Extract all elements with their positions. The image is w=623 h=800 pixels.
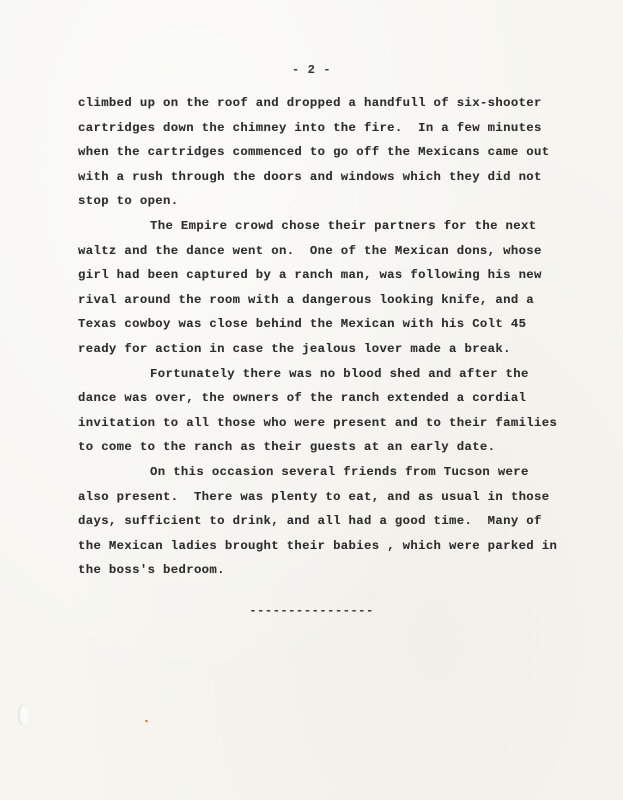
text-line: The Empire crowd chose their partners fo… — [78, 214, 578, 239]
page-number: - 2 - — [0, 63, 623, 77]
punch-hole-mark — [18, 704, 29, 726]
text-line: Texas cowboy was close behind the Mexica… — [78, 312, 578, 337]
paper-speck — [145, 719, 149, 722]
typewritten-page: - 2 - climbed up on the roof and dropped… — [0, 0, 623, 800]
text-line: to come to the ranch as their guests at … — [78, 435, 578, 460]
text-line: On this occasion several friends from Tu… — [78, 460, 578, 485]
text-line: the Mexican ladies brought their babies … — [78, 534, 578, 559]
paragraph: climbed up on the roof and dropped a han… — [78, 91, 578, 214]
text-line: when the cartridges commenced to go off … — [78, 140, 578, 165]
paragraph: On this occasion several friends from Tu… — [78, 460, 578, 583]
text-line: girl had been captured by a ranch man, w… — [78, 263, 578, 288]
text-line: stop to open. — [78, 189, 578, 214]
text-line: with a rush through the doors and window… — [78, 165, 578, 190]
end-divider: ---------------- — [0, 604, 623, 618]
text-line: Fortunately there was no blood shed and … — [78, 362, 578, 387]
text-line: ready for action in case the jealous lov… — [78, 337, 578, 362]
text-line: rival around the room with a dangerous l… — [78, 288, 578, 313]
text-line: days, sufficient to drink, and all had a… — [78, 509, 578, 534]
text-line: the boss's bedroom. — [78, 558, 578, 583]
text-line: invitation to all those who were present… — [78, 411, 578, 436]
body-text: climbed up on the roof and dropped a han… — [78, 91, 578, 583]
text-line: waltz and the dance went on. One of the … — [78, 239, 578, 264]
paragraph: The Empire crowd chose their partners fo… — [78, 214, 578, 362]
text-line: cartridges down the chimney into the fir… — [78, 116, 578, 141]
paragraph: Fortunately there was no blood shed and … — [78, 362, 578, 460]
text-line: climbed up on the roof and dropped a han… — [78, 91, 578, 116]
text-line: also present. There was plenty to eat, a… — [78, 485, 578, 510]
text-line: dance was over, the owners of the ranch … — [78, 386, 578, 411]
